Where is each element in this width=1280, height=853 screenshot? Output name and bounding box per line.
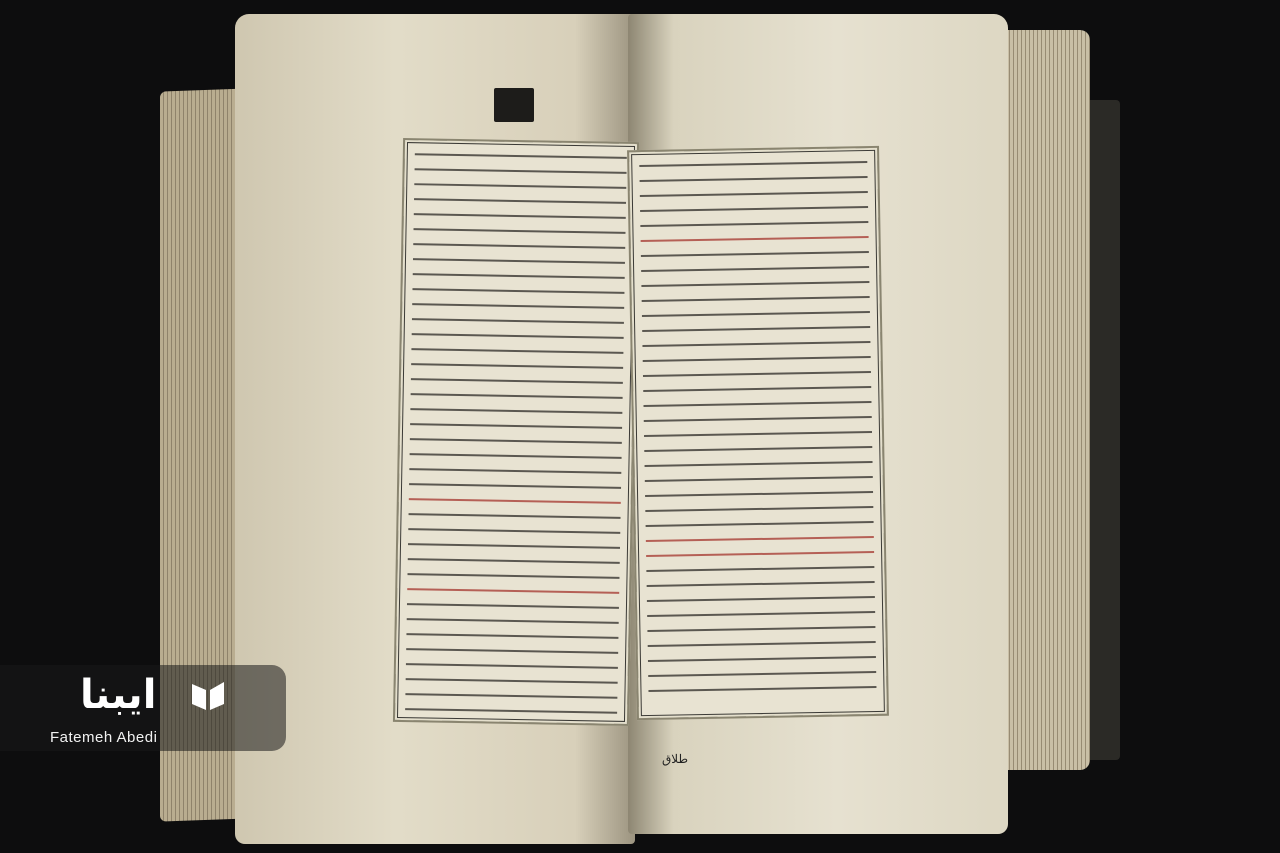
right-text-block — [627, 146, 889, 720]
photo-credit: Fatemeh Abedi — [50, 729, 157, 746]
book-logo-icon — [190, 676, 226, 712]
seal-stamp-icon — [494, 88, 534, 122]
left-text-block — [393, 138, 639, 726]
folio-catchword: طلاق — [662, 752, 688, 766]
ibna-logo: ایبنا — [80, 672, 156, 718]
